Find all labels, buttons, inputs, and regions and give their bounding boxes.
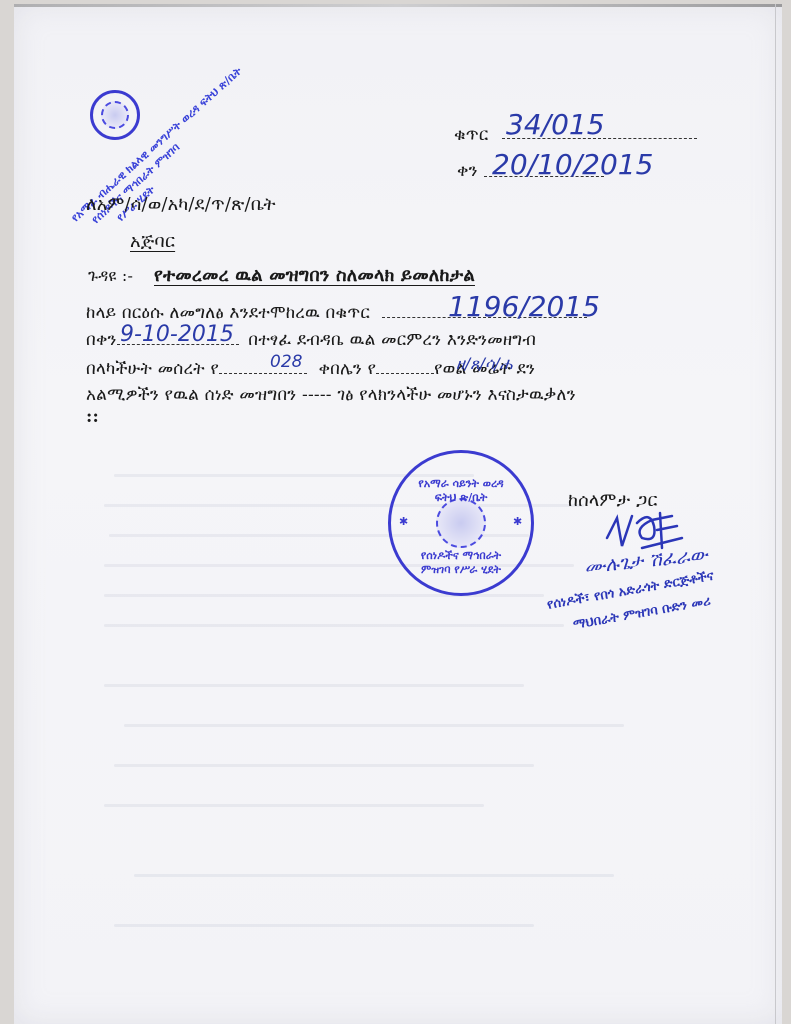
seal-text-bottom: የሰነዶችና ማኅበራት ምዝገባ የሥራ ሂደት	[409, 549, 513, 577]
seal-star-right: ✱	[513, 515, 522, 528]
kebele-number: 028	[270, 352, 302, 372]
subject-text: የተመረመረ ዉል መዝግበን ስለመላክ ይመለከታል	[154, 265, 475, 286]
letter-date: 9-10-2015	[120, 322, 234, 347]
letter-number: 1196/2015	[448, 290, 600, 323]
seal-text-top: የአማራ ሳይንት ወረዳ ፍትህ ጽ/ቤት	[409, 477, 513, 505]
body-line-5: ::	[86, 407, 99, 427]
seal-star-left: ✱	[399, 515, 408, 528]
top-left-diagonal-stamp: የአማራ ብሔራዊ ክልላዊ መንግሥት ወረዳ ፍትህ ጽ/ቤት የሰነዶችና…	[68, 64, 265, 248]
fill-line	[376, 373, 434, 374]
kebele-name: ዘ/ጸ/ሳ/ሐ	[456, 354, 513, 374]
body-text: በተፃፈ ደብዳቤ ዉል መርምረን እንድንመዘግብ	[248, 330, 536, 350]
date-value: 20/10/2015	[492, 148, 653, 181]
body-text: ከላይ በርዕሱ ለመግለፅ እንደተሞከረዉ በቁጥር	[86, 303, 370, 323]
top-left-seal	[90, 90, 140, 140]
body-text: ቀበሌን የ	[319, 359, 377, 379]
reference-number: 34/015	[506, 108, 605, 141]
page-edge	[775, 4, 776, 1024]
fill-line	[219, 373, 307, 374]
document-page: የአማራ ብሔራዊ ክልላዊ መንግሥት ወረዳ ፍትህ ጽ/ቤት የሰነዶችና…	[14, 4, 782, 1024]
subject-label: ጉዳዩ :-	[88, 266, 133, 286]
recipient: ለአም/ሳ/ወ/አካ/ደ/ጥ/ጽ/ቤት	[86, 194, 276, 215]
reference-label: ቁጥር	[454, 125, 489, 145]
body-line-4: አልሚዎችን የዉል ሰነድ መዝግበን ----- ገፅ የላክንላችሁ መሆ…	[86, 385, 576, 405]
body-text: በቀን	[86, 330, 117, 350]
location: አጅባር	[130, 231, 175, 252]
date-label: ቀን	[457, 161, 478, 181]
body-text: በላካችሁት መሰረት የ	[86, 359, 219, 379]
official-round-seal: የአማራ ሳይንት ወረዳ ፍትህ ጽ/ቤት የሰነዶችና ማኅበራት ምዝገባ…	[388, 450, 534, 596]
